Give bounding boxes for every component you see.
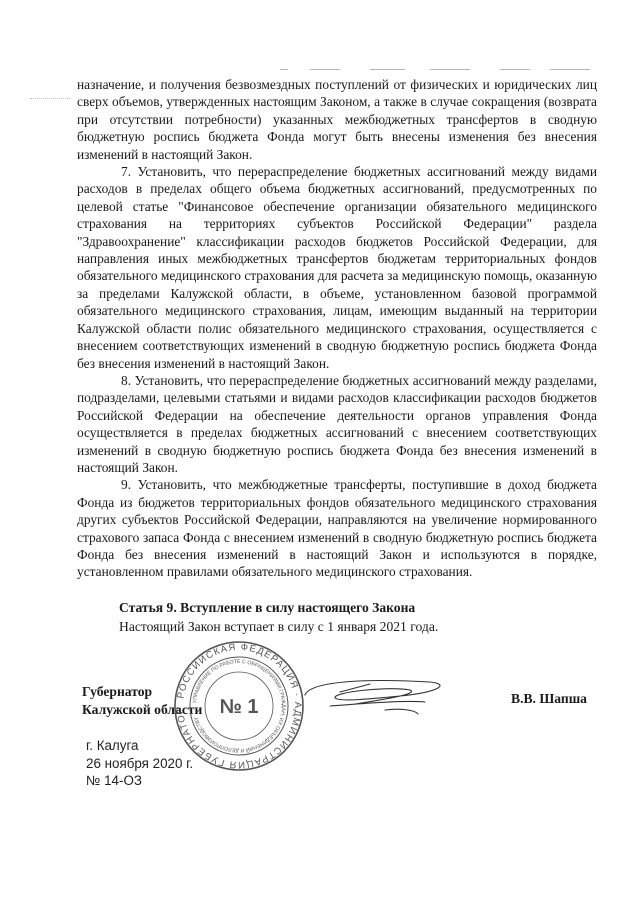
paragraph-9: 9. Установить, что межбюджетные трансфер… [77, 476, 597, 580]
law-body-text: назначение, и получения безвозмездных по… [77, 76, 597, 581]
date: 26 ноября 2020 г. [86, 755, 193, 773]
scan-artifact-dashes [280, 69, 610, 71]
signatory-name: В.В. Шапша [511, 691, 587, 707]
article-title: Статья 9. Вступление в силу настоящего З… [119, 598, 438, 617]
place-and-date: г. Калуга 26 ноября 2020 г. № 14-ОЗ [86, 737, 193, 790]
svg-text:№ 1: № 1 [220, 696, 259, 718]
article-text: Настоящий Закон вступает в силу с 1 янва… [119, 617, 438, 636]
scan-artifact-dots [30, 98, 70, 99]
article-9: Статья 9. Вступление в силу настоящего З… [119, 598, 438, 636]
document-page: назначение, и получения безвозмездных по… [0, 0, 640, 905]
handwritten-signature-icon [300, 670, 460, 720]
law-number: № 14-ОЗ [86, 772, 193, 790]
paragraph-7: 7. Установить, что перераспределение бюд… [77, 163, 597, 372]
paragraph-continuation: назначение, и получения безвозмездных по… [77, 76, 597, 163]
city: г. Калуга [86, 737, 193, 755]
paragraph-8: 8. Установить, что перераспределение бюд… [77, 372, 597, 476]
